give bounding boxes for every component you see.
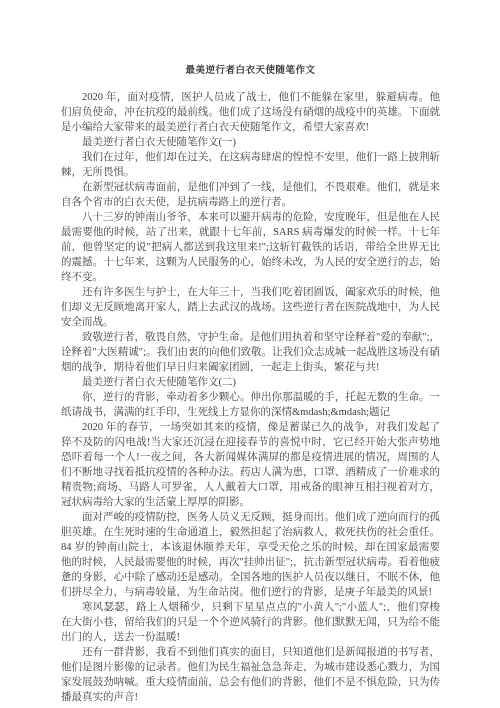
intro-paragraph: 2020 年，面对疫情，医护人员成了战士，他们不能躲在家里，躲避病毒。他们肩负使… [61, 90, 440, 135]
section-heading-1: 最美逆行者白衣天使随笔作文(一) [61, 135, 440, 150]
paragraph: 八十三岁的钟南山爷爷，本来可以避开病毒的危险，安度晚年，但是他在人民最需要他的时… [61, 210, 440, 285]
section-heading-2: 最美逆行者白衣天使随笔作文(二) [61, 375, 440, 390]
paragraph: 还有许多医生与护士，在大年三十，当我们吃着团圆饭，阖家欢乐的时候，他们却义无反顾… [61, 285, 440, 330]
paragraph: 你，逆行的背影，牵动着多少颗心。伸出你那温暖的手，托起无数的生命。一纸请战书，满… [61, 390, 440, 420]
paragraph: 致敬逆行者，敬畏自然，守护生命。是他们用执着和坚守诠释着"爱的奉献";，诠释着"… [61, 330, 440, 375]
document-title: 最美逆行者白衣天使随笔作文 [61, 62, 440, 76]
paragraph: 我们在过年，他们却在过关，在这病毒肆虐的惶惶不安里，他们一路上披荆斩棘，无所畏惧… [61, 150, 440, 180]
paragraph: 在新型冠状病毒面前，是他们冲到了一线，是他们，不畏艰难。他们，就是来自各个省市的… [61, 180, 440, 210]
document-page: 最美逆行者白衣天使随笔作文 2020 年，面对疫情，医护人员成了战士，他们不能躲… [0, 0, 500, 708]
paragraph: 还有一群背影，我看不到他们真实的面目，只知道他们是新闻报道的书写者，他们是图片影… [61, 645, 440, 705]
document-body: 2020 年，面对疫情，医护人员成了战士，他们不能躲在家里，躲避病毒。他们肩负使… [61, 90, 440, 705]
paragraph: 寒风瑟瑟，路上人烟稀少，只剩下星星点点的"小黄人";"小蓝人";，他们穿梭在大街… [61, 600, 440, 645]
paragraph: 面对严峻的疫情防控，医务人员义无反顾，挺身而出。他们成了逆向而行的孤胆英雄。在生… [61, 510, 440, 600]
paragraph: 2020 年的春节，一场突如其来的疫情，像是蓄谋已久的战争，对我们发起了猝不及防… [61, 420, 440, 510]
